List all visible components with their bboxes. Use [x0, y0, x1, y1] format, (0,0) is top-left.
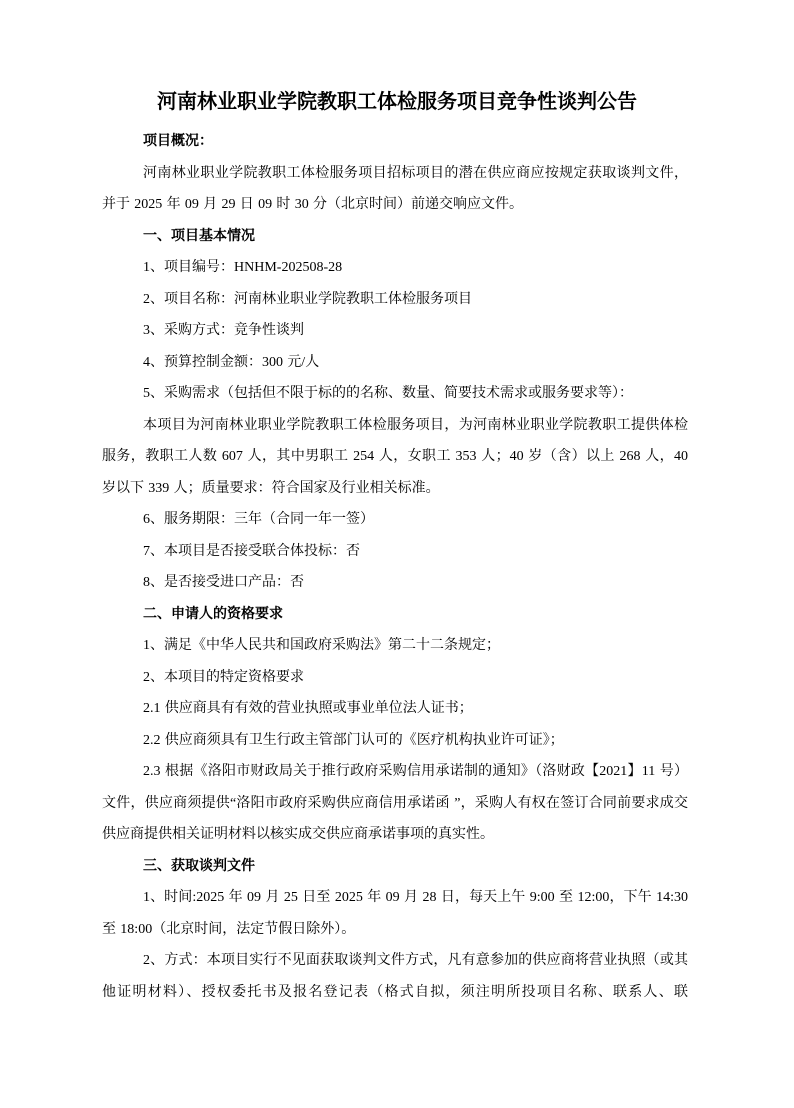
document-obtain-time: 1、时间:2025 年 09 月 25 日至 2025 年 09 月 28 日，… — [102, 882, 688, 945]
section-3-heading: 三、获取谈判文件 — [102, 851, 688, 883]
qualification-item-2: 2、本项目的特定资格要求 — [102, 662, 688, 694]
requirements-detail-paragraph: 本项目为河南林业职业学院教职工体检服务项目，为河南林业职业学院教职工提供体检服务… — [102, 410, 688, 505]
qualification-item-1: 1、满足《中华人民共和国政府采购法》第二十二条规定； — [102, 630, 688, 662]
document-title: 河南林业职业学院教职工体检服务项目竞争性谈判公告 — [0, 0, 794, 115]
item-procurement-method: 3、采购方式：竞争性谈判 — [102, 315, 688, 347]
document-obtain-method: 2、方式：本项目实行不见面获取谈判文件方式，凡有意参加的供应商将营业执照（或其他… — [102, 945, 688, 1008]
section-2-heading: 二、申请人的资格要求 — [102, 599, 688, 631]
document-body: 项目概况： 河南林业职业学院教职工体检服务项目招标项目的潜在供应商应按规定获取谈… — [102, 126, 688, 1008]
document-page: 河南林业职业学院教职工体检服务项目竞争性谈判公告 项目概况： 河南林业职业学院教… — [0, 0, 794, 1108]
item-consortium-bidding: 7、本项目是否接受联合体投标：否 — [102, 536, 688, 568]
overview-heading: 项目概况： — [102, 126, 688, 158]
qualification-item-2-2: 2.2 供应商须具有卫生行政主管部门认可的《医疗机构执业许可证》； — [102, 725, 688, 757]
qualification-item-2-1: 2.1 供应商具有有效的营业执照或事业单位法人证书； — [102, 693, 688, 725]
qualification-item-2-3: 2.3 根据《洛阳市财政局关于推行政府采购信用承诺制的通知》（洛财政【2021】… — [102, 756, 688, 851]
item-imported-products: 8、是否接受进口产品：否 — [102, 567, 688, 599]
item-procurement-requirements: 5、采购需求（包括但不限于标的的名称、数量、简要技术需求或服务要求等）： — [102, 378, 688, 410]
item-project-number: 1、项目编号：HNHM-202508-28 — [102, 252, 688, 284]
section-1-heading: 一、项目基本情况 — [102, 221, 688, 253]
item-service-period: 6、服务期限：三年（合同一年一签） — [102, 504, 688, 536]
overview-paragraph: 河南林业职业学院教职工体检服务项目招标项目的潜在供应商应按规定获取谈判文件，并于… — [102, 158, 688, 221]
item-budget-amount: 4、预算控制金额：300 元/人 — [102, 347, 688, 379]
item-project-name: 2、项目名称：河南林业职业学院教职工体检服务项目 — [102, 284, 688, 316]
